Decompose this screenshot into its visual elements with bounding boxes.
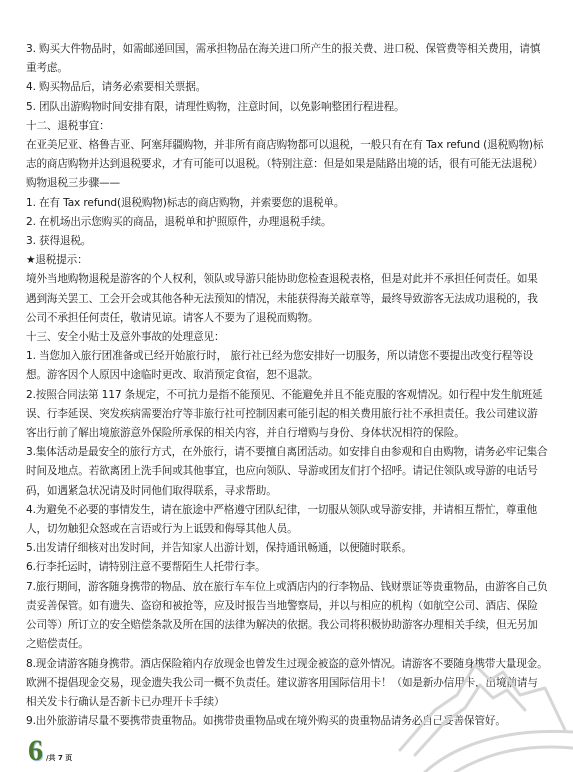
paragraph: 4. 购买物品后，请务必索要相关票据。 xyxy=(26,78,548,97)
page-number: 6 xyxy=(28,736,43,766)
paragraph: 境外当地购物退税是游客的个人权利，领队或导游只能协助您检查退税表格，但是对此并不… xyxy=(26,270,548,328)
list-item: 2. 在机场出示您购买的商品，退税单和护照原件，办理退税手续。 xyxy=(26,213,548,232)
section-heading: 十二、退税事宜： xyxy=(26,117,548,136)
list-item: 3. 获得退税。 xyxy=(26,232,548,251)
list-item: 2.按照合同法第 117 条规定，不可抗力是指不能预见、不能避免并且不能克服的客… xyxy=(26,386,548,444)
list-item: 6.行李托运时，请特别注意不要帮陌生人托带行李。 xyxy=(26,558,548,577)
section-heading: 十三、安全小贴士及意外事故的处理意见： xyxy=(26,328,548,347)
page-total: /共 7 页 xyxy=(46,753,72,763)
mountain-feather-watermark-icon xyxy=(395,640,573,772)
list-item: 1. 当您加入旅行团准备或已经开始旅行时， 旅行社已经为您安排好一切服务，所以请… xyxy=(26,347,548,385)
tip-heading: ★退税提示： xyxy=(26,251,548,270)
list-item: 5.出发请仔细核对出发时间，并告知家人出游计划，保持通讯畅通，以便随时联系。 xyxy=(26,539,548,558)
document-body: 3. 购买大件物品时，如需邮递回国，需承担物品在海关进口所产生的报关费、进口税、… xyxy=(26,40,548,731)
list-item: 4.为避免不必要的事情发生，请在旅途中严格遵守团队纪律，一切服从领队或导游安排，… xyxy=(26,501,548,539)
page-footer: 6 /共 7 页 xyxy=(28,736,72,766)
paragraph: 5. 团队出游购物时间安排有限，请理性购物，注意时间，以免影响整团行程进程。 xyxy=(26,98,548,117)
list-item: 1. 在有 Tax refund(退税购物)标志的商店购物，并索要您的退税单。 xyxy=(26,194,548,213)
list-item: 3.集体活动是最安全的旅行方式，在外旅行，请不要擅自离团活动。如安排自由参观和自… xyxy=(26,443,548,501)
paragraph: 3. 购买大件物品时，如需邮递回国，需承担物品在海关进口所产生的报关费、进口税、… xyxy=(26,40,548,78)
subheading: 购物退税三步骤—— xyxy=(26,174,548,193)
paragraph: 在亚美尼亚、格鲁吉亚、阿塞拜疆购物，并非所有商店购物都可以退税，一般只有在有 T… xyxy=(26,136,548,174)
